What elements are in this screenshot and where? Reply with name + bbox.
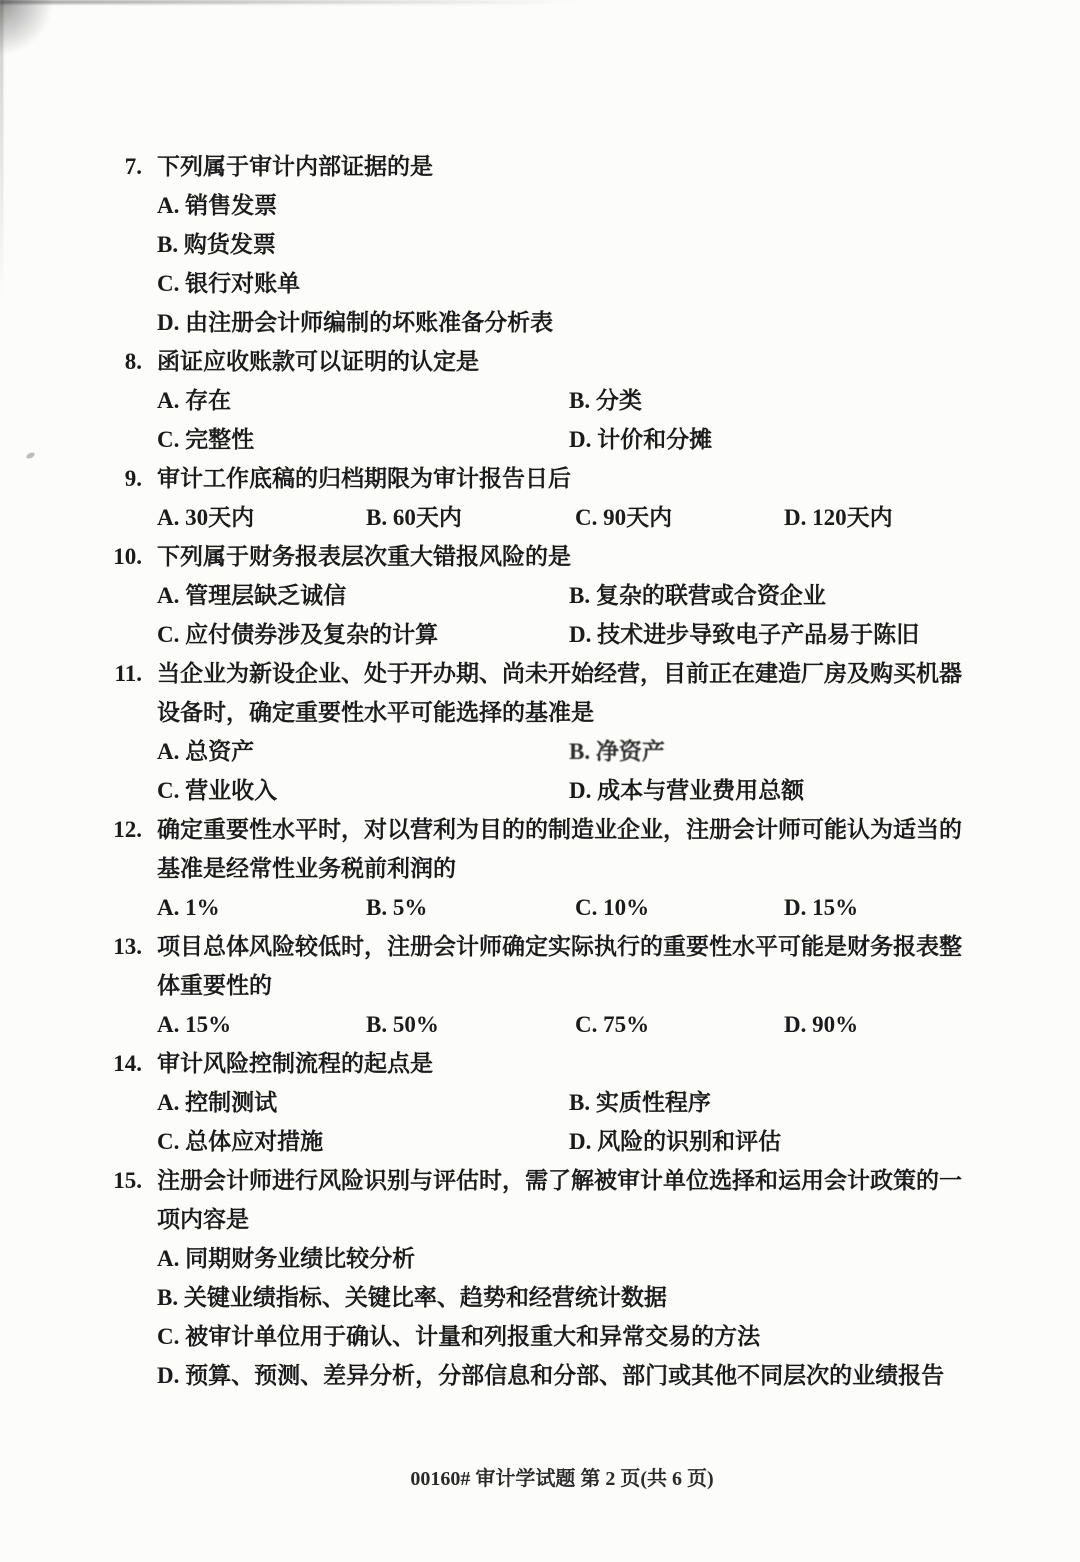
- option-b: B. 关键业绩指标、关键比率、趋势和经营统计数据: [157, 1278, 1017, 1317]
- question-text: 下列属于审计内部证据的是: [157, 147, 963, 186]
- option-a: A. 总资产: [157, 732, 569, 771]
- question-number: 11.: [90, 654, 142, 693]
- option-c: C. 总体应对措施: [157, 1122, 569, 1161]
- option-a: A. 15%: [157, 1005, 366, 1044]
- option-a: A. 销售发票: [157, 186, 1017, 225]
- question-text: 当企业为新设企业、处于开办期、尚未开始经营，目前正在建造厂房及购买机器设备时，确…: [157, 654, 963, 732]
- option-d: D. 预算、预测、差异分析，分部信息和分部、部门或其他不同层次的业绩报告: [157, 1356, 1017, 1395]
- question-11: 11. 当企业为新设企业、处于开办期、尚未开始经营，目前正在建造厂房及购买机器设…: [90, 654, 1020, 810]
- option-c: C. 完整性: [157, 420, 569, 459]
- option-a: A. 30天内: [157, 498, 366, 537]
- question-12: 12. 确定重要性水平时，对以营利为目的的制造业企业，注册会计师可能认为适当的基…: [90, 810, 1020, 927]
- exam-body: 7. 下列属于审计内部证据的是 A. 销售发票 B. 购货发票 C. 银行对账单…: [0, 0, 1080, 1395]
- question-options: A. 30天内 B. 60天内 C. 90天内 D. 120天内: [157, 498, 1017, 537]
- question-number: 13.: [90, 927, 142, 966]
- question-15: 15. 注册会计师进行风险识别与评估时，需了解被审计单位选择和运用会计政策的一项…: [90, 1161, 1020, 1395]
- option-b: B. 净资产: [569, 732, 1017, 771]
- option-a: A. 1%: [157, 888, 366, 927]
- question-text: 审计工作底稿的归档期限为审计报告日后: [157, 459, 963, 498]
- question-10: 10. 下列属于财务报表层次重大错报风险的是 A. 管理层缺乏诚信 B. 复杂的…: [90, 537, 1020, 654]
- page-footer: 00160# 审计学试题 第 2 页(共 6 页): [22, 1466, 1080, 1492]
- question-options: A. 存在 B. 分类 C. 完整性 D. 计价和分摊: [157, 381, 1017, 459]
- question-options: A. 控制测试 B. 实质性程序 C. 总体应对措施 D. 风险的识别和评估: [157, 1083, 1017, 1161]
- option-c: C. 应付债券涉及复杂的计算: [157, 615, 569, 654]
- option-c: C. 银行对账单: [157, 264, 1017, 303]
- option-b: B. 复杂的联营或合资企业: [569, 576, 1017, 615]
- option-a: A. 控制测试: [157, 1083, 569, 1122]
- question-options: A. 1% B. 5% C. 10% D. 15%: [157, 888, 1017, 927]
- option-c: C. 营业收入: [157, 771, 569, 810]
- option-d: D. 技术进步导致电子产品易于陈旧: [569, 615, 1017, 654]
- option-d: D. 90%: [784, 1005, 1017, 1044]
- question-number: 7.: [90, 147, 142, 186]
- question-options: A. 总资产 B. 净资产 C. 营业收入 D. 成本与营业费用总额: [157, 732, 1017, 810]
- option-b: B. 50%: [366, 1005, 575, 1044]
- question-text: 函证应收账款可以证明的认定是: [157, 342, 963, 381]
- question-options: A. 销售发票 B. 购货发票 C. 银行对账单 D. 由注册会计师编制的坏账准…: [157, 186, 1017, 342]
- question-options: A. 管理层缺乏诚信 B. 复杂的联营或合资企业 C. 应付债券涉及复杂的计算 …: [157, 576, 1017, 654]
- scanned-exam-page: 7. 下列属于审计内部证据的是 A. 销售发票 B. 购货发票 C. 银行对账单…: [0, 0, 1080, 1562]
- question-text: 确定重要性水平时，对以营利为目的的制造业企业，注册会计师可能认为适当的基准是经常…: [157, 810, 963, 888]
- question-number: 14.: [90, 1044, 142, 1083]
- option-b: B. 60天内: [366, 498, 575, 537]
- option-d: D. 计价和分摊: [569, 420, 1017, 459]
- option-a: A. 管理层缺乏诚信: [157, 576, 569, 615]
- option-d: D. 成本与营业费用总额: [569, 771, 1017, 810]
- question-9: 9. 审计工作底稿的归档期限为审计报告日后 A. 30天内 B. 60天内 C.…: [90, 459, 1020, 537]
- option-c: C. 10%: [575, 888, 784, 927]
- option-b: B. 分类: [569, 381, 1017, 420]
- question-text: 下列属于财务报表层次重大错报风险的是: [157, 537, 963, 576]
- option-c: C. 被审计单位用于确认、计量和列报重大和异常交易的方法: [157, 1317, 1017, 1356]
- option-d: D. 15%: [784, 888, 1017, 927]
- question-text: 项目总体风险较低时，注册会计师确定实际执行的重要性水平可能是财务报表整体重要性的: [157, 927, 963, 1005]
- question-options: A. 同期财务业绩比较分析 B. 关键业绩指标、关键比率、趋势和经营统计数据 C…: [157, 1239, 1017, 1395]
- option-b: B. 实质性程序: [569, 1083, 1017, 1122]
- option-d: D. 由注册会计师编制的坏账准备分析表: [157, 303, 1017, 342]
- question-text: 注册会计师进行风险识别与评估时，需了解被审计单位选择和运用会计政策的一项内容是: [157, 1161, 963, 1239]
- option-b: B. 5%: [366, 888, 575, 927]
- option-a: A. 同期财务业绩比较分析: [157, 1239, 1017, 1278]
- question-13: 13. 项目总体风险较低时，注册会计师确定实际执行的重要性水平可能是财务报表整体…: [90, 927, 1020, 1044]
- option-d: D. 风险的识别和评估: [569, 1122, 1017, 1161]
- option-c: C. 90天内: [575, 498, 784, 537]
- question-number: 10.: [90, 537, 142, 576]
- question-number: 15.: [90, 1161, 142, 1200]
- question-14: 14. 审计风险控制流程的起点是 A. 控制测试 B. 实质性程序 C. 总体应…: [90, 1044, 1020, 1161]
- option-c: C. 75%: [575, 1005, 784, 1044]
- question-number: 9.: [90, 459, 142, 498]
- option-b: B. 购货发票: [157, 225, 1017, 264]
- question-7: 7. 下列属于审计内部证据的是 A. 销售发票 B. 购货发票 C. 银行对账单…: [90, 147, 1020, 342]
- question-8: 8. 函证应收账款可以证明的认定是 A. 存在 B. 分类 C. 完整性 D. …: [90, 342, 1020, 459]
- question-number: 12.: [90, 810, 142, 849]
- question-options: A. 15% B. 50% C. 75% D. 90%: [157, 1005, 1017, 1044]
- question-text: 审计风险控制流程的起点是: [157, 1044, 963, 1083]
- option-a: A. 存在: [157, 381, 569, 420]
- option-d: D. 120天内: [784, 498, 1017, 537]
- question-number: 8.: [90, 342, 142, 381]
